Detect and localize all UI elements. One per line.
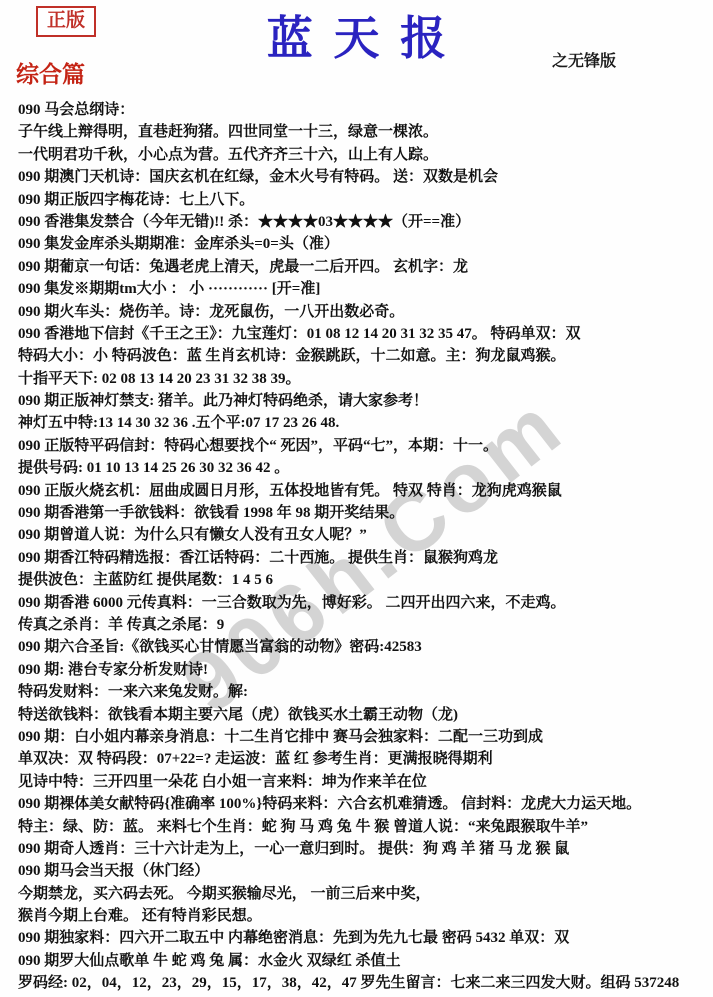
text-line: 090 期正版神灯禁支: 猪羊。此乃神灯特码绝杀，请大家参考！ (18, 390, 711, 412)
text-line: 子午线上辩得明，直巷赶狗猪。四世同堂一十三，绿意一棵浓。 (18, 121, 711, 143)
newspaper-page: 906h.Com 正版 蓝天报 之无锋版 综合篇 090 马会总纲诗：子午线上辩… (0, 0, 713, 997)
text-line: 090 期澳门天机诗：国庆玄机在红绿，金木火号有特码。 送：双数是机会 (18, 166, 711, 188)
text-line: 特码发财料：一来六来兔发财。解: (18, 681, 711, 703)
text-line: 特主：绿、防：蓝。 来料七个生肖：蛇 狗 马 鸡 兔 牛 猴 曾道人说：“来兔跟… (18, 816, 711, 838)
text-line: 090 期：白小姐内幕亲身消息：十二生肖它排中 赛马会独家料：二配一三功到成 (18, 726, 711, 748)
text-line: 090 期曾道人说：为什么只有懒女人没有丑女人呢？” (18, 524, 711, 546)
text-line: 提供号码: 01 10 13 14 25 26 30 32 36 42 。 (18, 457, 711, 479)
text-line: 090 香港地下信封《千王之王》：九宝莲灯：01 08 12 14 20 31 … (18, 323, 711, 345)
text-line: 090 期香江特码精选报：香江话特码：二十西施。 提供生肖：鼠猴狗鸡龙 (18, 547, 711, 569)
text-line: 十指平天下: 02 08 13 14 20 23 31 32 38 39。 (18, 368, 711, 390)
text-line: 猴肖今期上台难。 还有特肖彩民想。 (18, 905, 711, 927)
edition-label: 之无锋版 (552, 48, 616, 71)
text-line: 单双决：双 特码段：07+22=? 走运波：蓝 红 参考生肖：更满报晓得期利 (18, 748, 711, 770)
text-line: 特码大小：小 特码波色：蓝 生肖玄机诗：金猴跳跃，十二如意。主：狗龙鼠鸡猴。 (18, 345, 711, 367)
text-line: 罗码经: 02，04，12，23，29，15，17，38，42，47 罗先生留言… (18, 972, 711, 994)
text-line: 090 正版特平码信封：特码心想要找个“ 死因”，平码“七”，本期：十一。 (18, 435, 711, 457)
text-line: 090 期葡京一句话：兔遇老虎上清天，虎最一二后开四。 玄机字：龙 (18, 256, 711, 278)
text-line: 090 期香港 6000 元传真料：一三合数取为先，博好彩。 二四开出四六来，不… (18, 592, 711, 614)
text-line: 提供波色：主蓝防红 提供尾数：1 4 5 6 (18, 569, 711, 591)
text-line: 090 期: 港台专家分析发财诗! (18, 659, 711, 681)
body-text: 090 马会总纲诗：子午线上辩得明，直巷赶狗猪。四世同堂一十三，绿意一棵浓。一代… (18, 99, 711, 995)
text-line: 090 香港集发禁合（今年无错)!! 杀：★★★★03★★★★（开==准） (18, 211, 711, 233)
text-line: 090 正版火烧玄机：屈曲成圆日月形，五体投地皆有凭。 特双 特肖：龙狗虎鸡猴鼠 (18, 480, 711, 502)
text-line: 090 期裸体美女献特码{准确率 100%}特码来料：六合玄机难猜透。 信封料：… (18, 793, 711, 815)
text-line: 见诗中特：三开四里一朵花 白小姐一言来料：坤为作来羊在位 (18, 771, 711, 793)
text-line: 090 期六合圣旨:《欲钱买心甘情愿当富翁的动物》密码:42583 (18, 636, 711, 658)
text-line: 090 期香港第一手欲钱料：欲钱看 1998 年 98 期开奖结果。 (18, 502, 711, 524)
section-title: 综合篇 (16, 56, 85, 89)
text-line: 090 期马会当天报（休门经） (18, 860, 711, 882)
text-line: 090 马会总纲诗： (18, 99, 711, 121)
text-line: 090 集发金库杀头期期准：金库杀头=0=头（准） (18, 233, 711, 255)
text-line: 090 期正版四字梅花诗：七上八下。 (18, 189, 711, 211)
text-line: 特送欲钱料：欲钱看本期主要六尾（虎）欲钱买水土霸王动物（龙) (18, 704, 711, 726)
text-line: 神灯五中特:13 14 30 32 36 .五个平:07 17 23 26 48… (18, 412, 711, 434)
text-line: 传真之杀肖：羊 传真之杀尾：9 (18, 614, 711, 636)
text-line: 090 集发※期期tm大小 ： 小 ············ [开=准] (18, 278, 711, 300)
text-line: 090 期独家料：四六开二取五中 内幕绝密消息：先到为先九七最 密码 5432 … (18, 927, 711, 949)
text-line: 090 期奇人透肖：三十六计走为上，一心一意归到时。 提供：狗 鸡 羊 猪 马 … (18, 838, 711, 860)
text-line: 090 期罗大仙点歌单 牛 蛇 鸡 兔 属：水金火 双绿红 杀值土 (18, 950, 711, 972)
text-line: 一代明君功千秋，小心点为营。五代齐齐三十六，山上有人踪。 (18, 144, 711, 166)
text-line: 今期禁龙，买六码去死。 今期买猴输尽光， 一前三后来中奖， (18, 883, 711, 905)
text-line: 090 期火车头：烧伤羊。诗：龙死鼠伤，一八开出数必奇。 (18, 301, 711, 323)
